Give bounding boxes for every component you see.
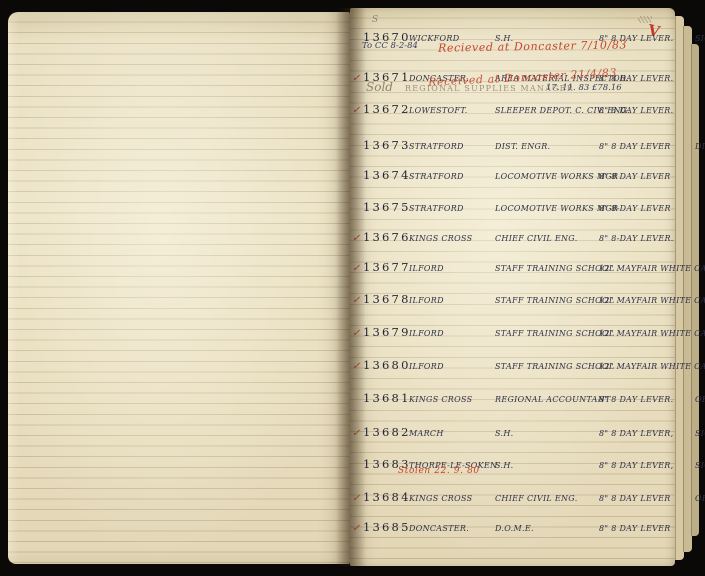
ledger-entry: ✓13678ILFORDSTAFF TRAINING SCHOOL12" MAY… [352,292,672,306]
pencil-letter: S [372,15,378,25]
entry-department: CHIEF CIVIL ENG. [495,234,599,243]
entry-number: 13677 [363,260,409,274]
entry-place: SIGNAL BOX [695,429,705,438]
entry-clock-type: 8" 8 DAY LEVER [599,142,695,151]
entry-department: STAFF TRAINING SCHOOL [495,329,599,338]
entry-place: OFFICE. [695,494,705,503]
entry-department: CHIEF CIVIL ENG. [495,494,599,503]
entry-department: S.H. [495,429,599,438]
entry-department: DIST. ENGR. [495,142,599,151]
entry-department: STAFF TRAINING SCHOOL [495,264,599,273]
entry-number: 13674 [363,168,409,182]
ledger-right-page: S V 13670WICKFORDS.H.8" 8 DAY LEVER.SIGN… [350,8,675,566]
transfer-note: To CC 8-2-84 [362,41,418,51]
entry-location: MARCH [409,429,495,438]
entry-location: ILFORD [409,296,495,305]
ledger-photo: S V 13670WICKFORDS.H.8" 8 DAY LEVER.SIGN… [0,0,705,576]
entry-location: KINGS CROSS [409,494,495,503]
sale-date-price-note: 17. 11. 83 £78.16 [546,83,622,93]
entry-location: KINGS CROSS [409,395,495,404]
ledger-entry: ✓13679ILFORDSTAFF TRAINING SCHOOL12" MAY… [352,325,672,339]
entry-location: KINGS CROSS [409,234,495,243]
sold-note: Sold [366,80,393,94]
ledger-entry: ✓13680ILFORDSTAFF TRAINING SCHOOL12" MAY… [352,358,672,372]
ledger-entry: ✓13682MARCHS.H.8" 8 DAY LEVER,SIGNAL BOX [352,425,672,439]
entry-department: D.O.M.E. [495,524,599,533]
entry-number: 13676 [363,230,409,244]
entry-clock-type: 8" 8 DAY LEVER [599,172,695,181]
entry-location: ILFORD [409,264,495,273]
ledger-entry: ✓13676KINGS CROSSCHIEF CIVIL ENG.8" 8-DA… [352,230,672,244]
entry-place: SIGNAL BOX. [695,34,705,43]
entry-number: 13678 [363,292,409,306]
entry-number: 13684 [363,490,409,504]
entry-clock-type: 8" 8 DAY LEVER [599,524,695,533]
entry-location: LOWESTOFT. [409,106,495,115]
entry-location: STRATFORD [409,204,495,213]
ledger-entry: ✓13684KINGS CROSSCHIEF CIVIL ENG.8" 8 DA… [352,490,672,504]
blank-left-page [8,12,350,564]
entry-department: LOCOMOTIVE WORKS MGR [495,172,599,181]
entry-location: ILFORD [409,362,495,371]
entry-clock-type: 12" MAYFAIR WHITE CASE [599,329,695,338]
entry-location: STRATFORD [409,142,495,151]
ledger-entry: ✓13672LOWESTOFT.SLEEPER DEPOT. C. CIV. E… [352,102,672,116]
entry-department: STAFF TRAINING SCHOOL [495,362,599,371]
entry-clock-type: 8" 8-DAY LEVER. [599,234,695,243]
ledger-entry: ✓13677ILFORDSTAFF TRAINING SCHOOL12" MAY… [352,260,672,274]
ledger-entry: 13675STRATFORDLOCOMOTIVE WORKS MGR8" 8-D… [352,200,672,214]
entry-number: 13685 [363,520,409,534]
entry-clock-type: 8" 8-DAY LEVER [599,204,695,213]
entry-clock-type: 12" MAYFAIR WHITE CASE [599,296,695,305]
entry-number: 13681 [363,391,409,405]
ledger-entry: ✓13685DONCASTER.D.O.M.E.8" 8 DAY LEVER [352,520,672,534]
entry-number: 13672 [363,102,409,116]
entry-clock-type: 8" 8 DAY LEVER. [599,106,695,115]
book-gutter-shadow [336,8,366,566]
entry-department: STAFF TRAINING SCHOOL [495,296,599,305]
entry-place: OFFICE [695,395,705,404]
entry-number: 13680 [363,358,409,372]
entry-clock-type: 12" MAYFAIR WHITE CASE. [599,362,695,371]
received-note-13670: Recieved at Doncaster 7/10/83 [438,38,627,54]
entry-location: DONCASTER. [409,524,495,533]
ledger-entry: 13674STRATFORDLOCOMOTIVE WORKS MGR8" 8 D… [352,168,672,182]
entry-place: DIVISIONAL P.W. [695,142,705,151]
entry-number: 13679 [363,325,409,339]
entry-clock-type: 8" 8 DAY LEVER, [599,461,695,470]
entry-number: 13682 [363,425,409,439]
entry-clock-type: 8" 8 DAY LEVER. [599,395,695,404]
entry-department: LOCOMOTIVE WORKS MGR [495,204,599,213]
ledger-entry: 13673STRATFORDDIST. ENGR.8" 8 DAY LEVERD… [352,138,672,152]
entry-location: ILFORD [409,329,495,338]
entry-number: 13673 [363,138,409,152]
entry-department: REGIONAL ACCOUNTANT [495,395,599,404]
entry-clock-type: 8" 8 DAY LEVER [599,494,695,503]
ledger-entry: 13681KINGS CROSSREGIONAL ACCOUNTANT8" 8 … [352,391,672,405]
entry-department: SLEEPER DEPOT. C. CIV. ENG. [495,106,599,115]
entry-clock-type: 8" 8 DAY LEVER, [599,429,695,438]
entry-clock-type: 12" MAYFAIR WHITE CASE. [599,264,695,273]
entry-number: 13675 [363,200,409,214]
entry-location: STRATFORD [409,172,495,181]
stolen-note: Stolen 22. 9. 80 [398,466,480,476]
entry-place: SIGNAL BOX [695,461,705,470]
entry-department: S.H. [495,461,599,470]
